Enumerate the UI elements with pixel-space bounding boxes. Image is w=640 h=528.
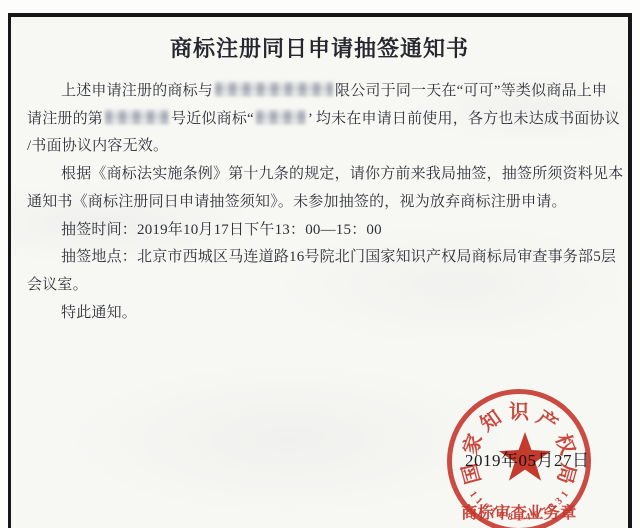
seal-number-digit: 1 — [559, 489, 571, 500]
paragraph1-line2: 请注册的第号近似商标“’ 均未在申请日前使用，各方也未达成书面协议 — [27, 106, 617, 134]
document-body: 上述申请注册的商标与限公司于同一天在“可可”等类似商品上申 请注册的第号近似商标… — [27, 78, 617, 327]
document-border-frame: 商标注册同日申请抽签通知书 上述申请注册的商标与限公司于同一天在“可可”等类似商… — [8, 13, 632, 528]
p1-l2-pre: 请注册的第 — [27, 111, 103, 127]
p1-l1-pre: 上述申请注册的商标与 — [61, 83, 213, 99]
paragraph2-line2: 通知书《商标注册同日申请抽签须知》。未参加抽签的，视为放弃商标注册申请。 — [27, 189, 617, 217]
p1-l2-mid: 号近似商标“ — [171, 111, 254, 127]
lottery-time-line: 抽签时间：2019年10月17日下午13：00—15：00 — [27, 217, 617, 245]
paragraph2-line1: 根据《商标法实施条例》第十九条的规定，请你方前来我局抽签，抽签所须资料见本 — [27, 161, 617, 189]
closing-line: 特此通知。 — [27, 300, 617, 328]
paragraph1-line3: /书面协议内容无效。 — [27, 133, 617, 161]
seal-arc-char: 识 — [509, 396, 529, 425]
seal-arc-char: 知 — [473, 402, 506, 437]
redacted-application-number — [105, 110, 169, 124]
paragraph1-line1: 上述申请注册的商标与限公司于同一天在“可可”等类似商品上申 — [27, 78, 617, 106]
redacted-company-name — [215, 82, 333, 96]
seal-number-digit: 1 — [517, 513, 522, 524]
scanned-document-page: 商标注册同日申请抽签通知书 上述申请注册的商标与限公司于同一天在“可可”等类似商… — [0, 0, 640, 528]
p1-l1-post: 限公司于同一天在“可可”等类似商品上申 — [335, 83, 607, 99]
lottery-place-line2: 会议室。 — [27, 272, 617, 300]
redacted-trademark-name — [256, 110, 306, 124]
p1-l2-post: ’ 均未在申请日前使用，各方也未达成书面协议 — [308, 111, 620, 127]
lottery-place-line1: 抽签地点：北京市西城区马连道路16号院北门国家知识产权局商标局审查事务部5层 — [27, 244, 617, 272]
document-date: 2019年05月27日 — [465, 446, 590, 471]
seal-arc-char: 产 — [532, 402, 565, 437]
document-title: 商标注册同日申请抽签通知书 — [11, 32, 628, 63]
